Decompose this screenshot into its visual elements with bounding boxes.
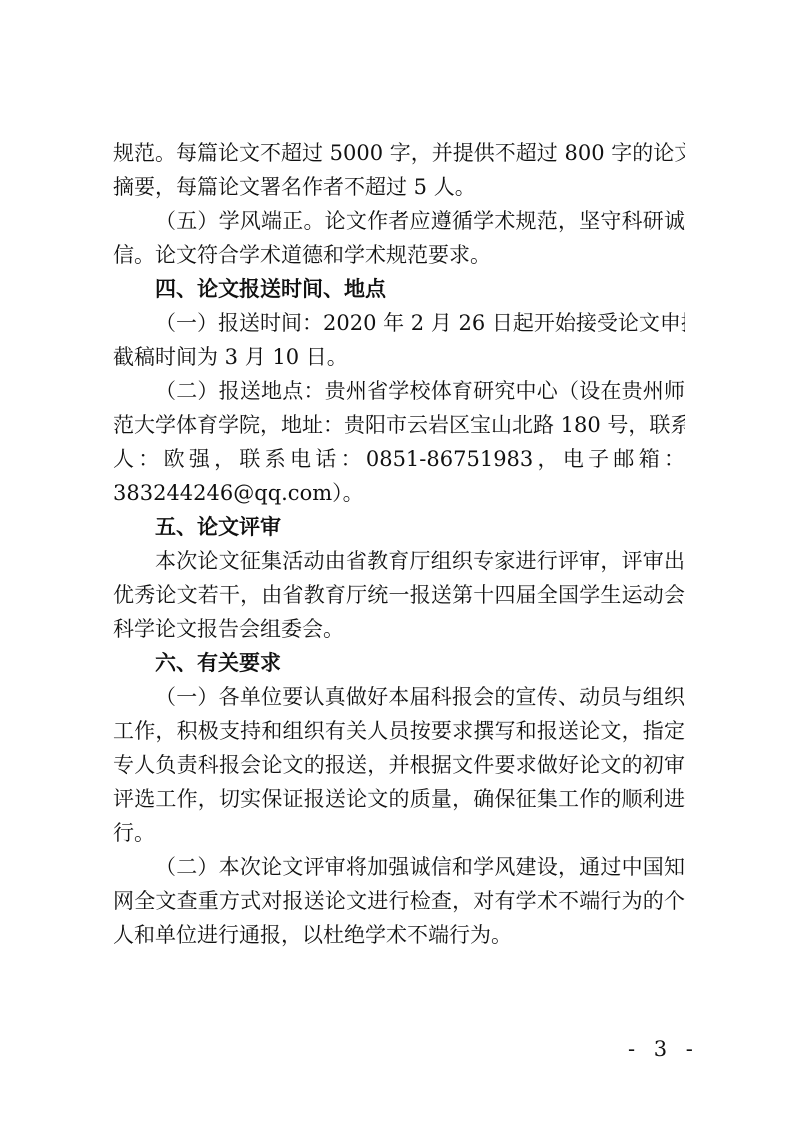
text-line: 专人负责科报会论文的报送，并根据文件要求做好论文的初审 <box>113 748 685 782</box>
text-line: （一）各单位要认真做好本届科报会的宣传、动员与组织 <box>113 680 685 714</box>
text-line: 工作，积极支持和组织有关人员按要求撰写和报送论文，指定 <box>113 714 685 748</box>
text-line: 优秀论文若干，由省教育厅统一报送第十四届全国学生运动会 <box>113 578 685 612</box>
text-line: 本次论文征集活动由省教育厅组织专家进行评审，评审出 <box>113 544 685 578</box>
text-line: 信。论文符合学术道德和学术规范要求。 <box>113 238 685 272</box>
text-line: 范大学体育学院，地址：贵阳市云岩区宝山北路 180 号，联系 <box>113 408 685 442</box>
section-heading: 六、有关要求 <box>113 646 685 680</box>
text-line: 科学论文报告会组委会。 <box>113 612 685 646</box>
section-heading: 四、论文报送时间、地点 <box>113 272 685 306</box>
text-line: （一）报送时间：2020 年 2 月 26 日起开始接受论文申报， <box>113 306 685 340</box>
page-number: - 3 - <box>628 1037 699 1061</box>
document-body: 规范。每篇论文不超过 5000 字，并提供不超过 800 字的论文摘要，每篇论文… <box>113 136 685 952</box>
text-line: 人和单位进行通报，以杜绝学术不端行为。 <box>113 918 685 952</box>
section-heading: 五、论文评审 <box>113 510 685 544</box>
text-line: 摘要，每篇论文署名作者不超过 5 人。 <box>113 170 685 204</box>
text-line: （五）学风端正。论文作者应遵循学术规范，坚守科研诚 <box>113 204 685 238</box>
text-line: （二）本次论文评审将加强诚信和学风建设，通过中国知 <box>113 850 685 884</box>
text-line: 383244246@qq.com）。 <box>113 476 685 510</box>
text-line: 规范。每篇论文不超过 5000 字，并提供不超过 800 字的论文 <box>113 136 685 170</box>
text-line: 人：欧强，联系电话：0851-86751983，电子邮箱： <box>113 442 685 476</box>
text-line: 评选工作，切实保证报送论文的质量，确保征集工作的顺利进 <box>113 782 685 816</box>
text-line: 网全文查重方式对报送论文进行检查，对有学术不端行为的个 <box>113 884 685 918</box>
text-line: 行。 <box>113 816 685 850</box>
text-line: 截稿时间为 3 月 10 日。 <box>113 340 685 374</box>
text-line: （二）报送地点：贵州省学校体育研究中心（设在贵州师 <box>113 374 685 408</box>
